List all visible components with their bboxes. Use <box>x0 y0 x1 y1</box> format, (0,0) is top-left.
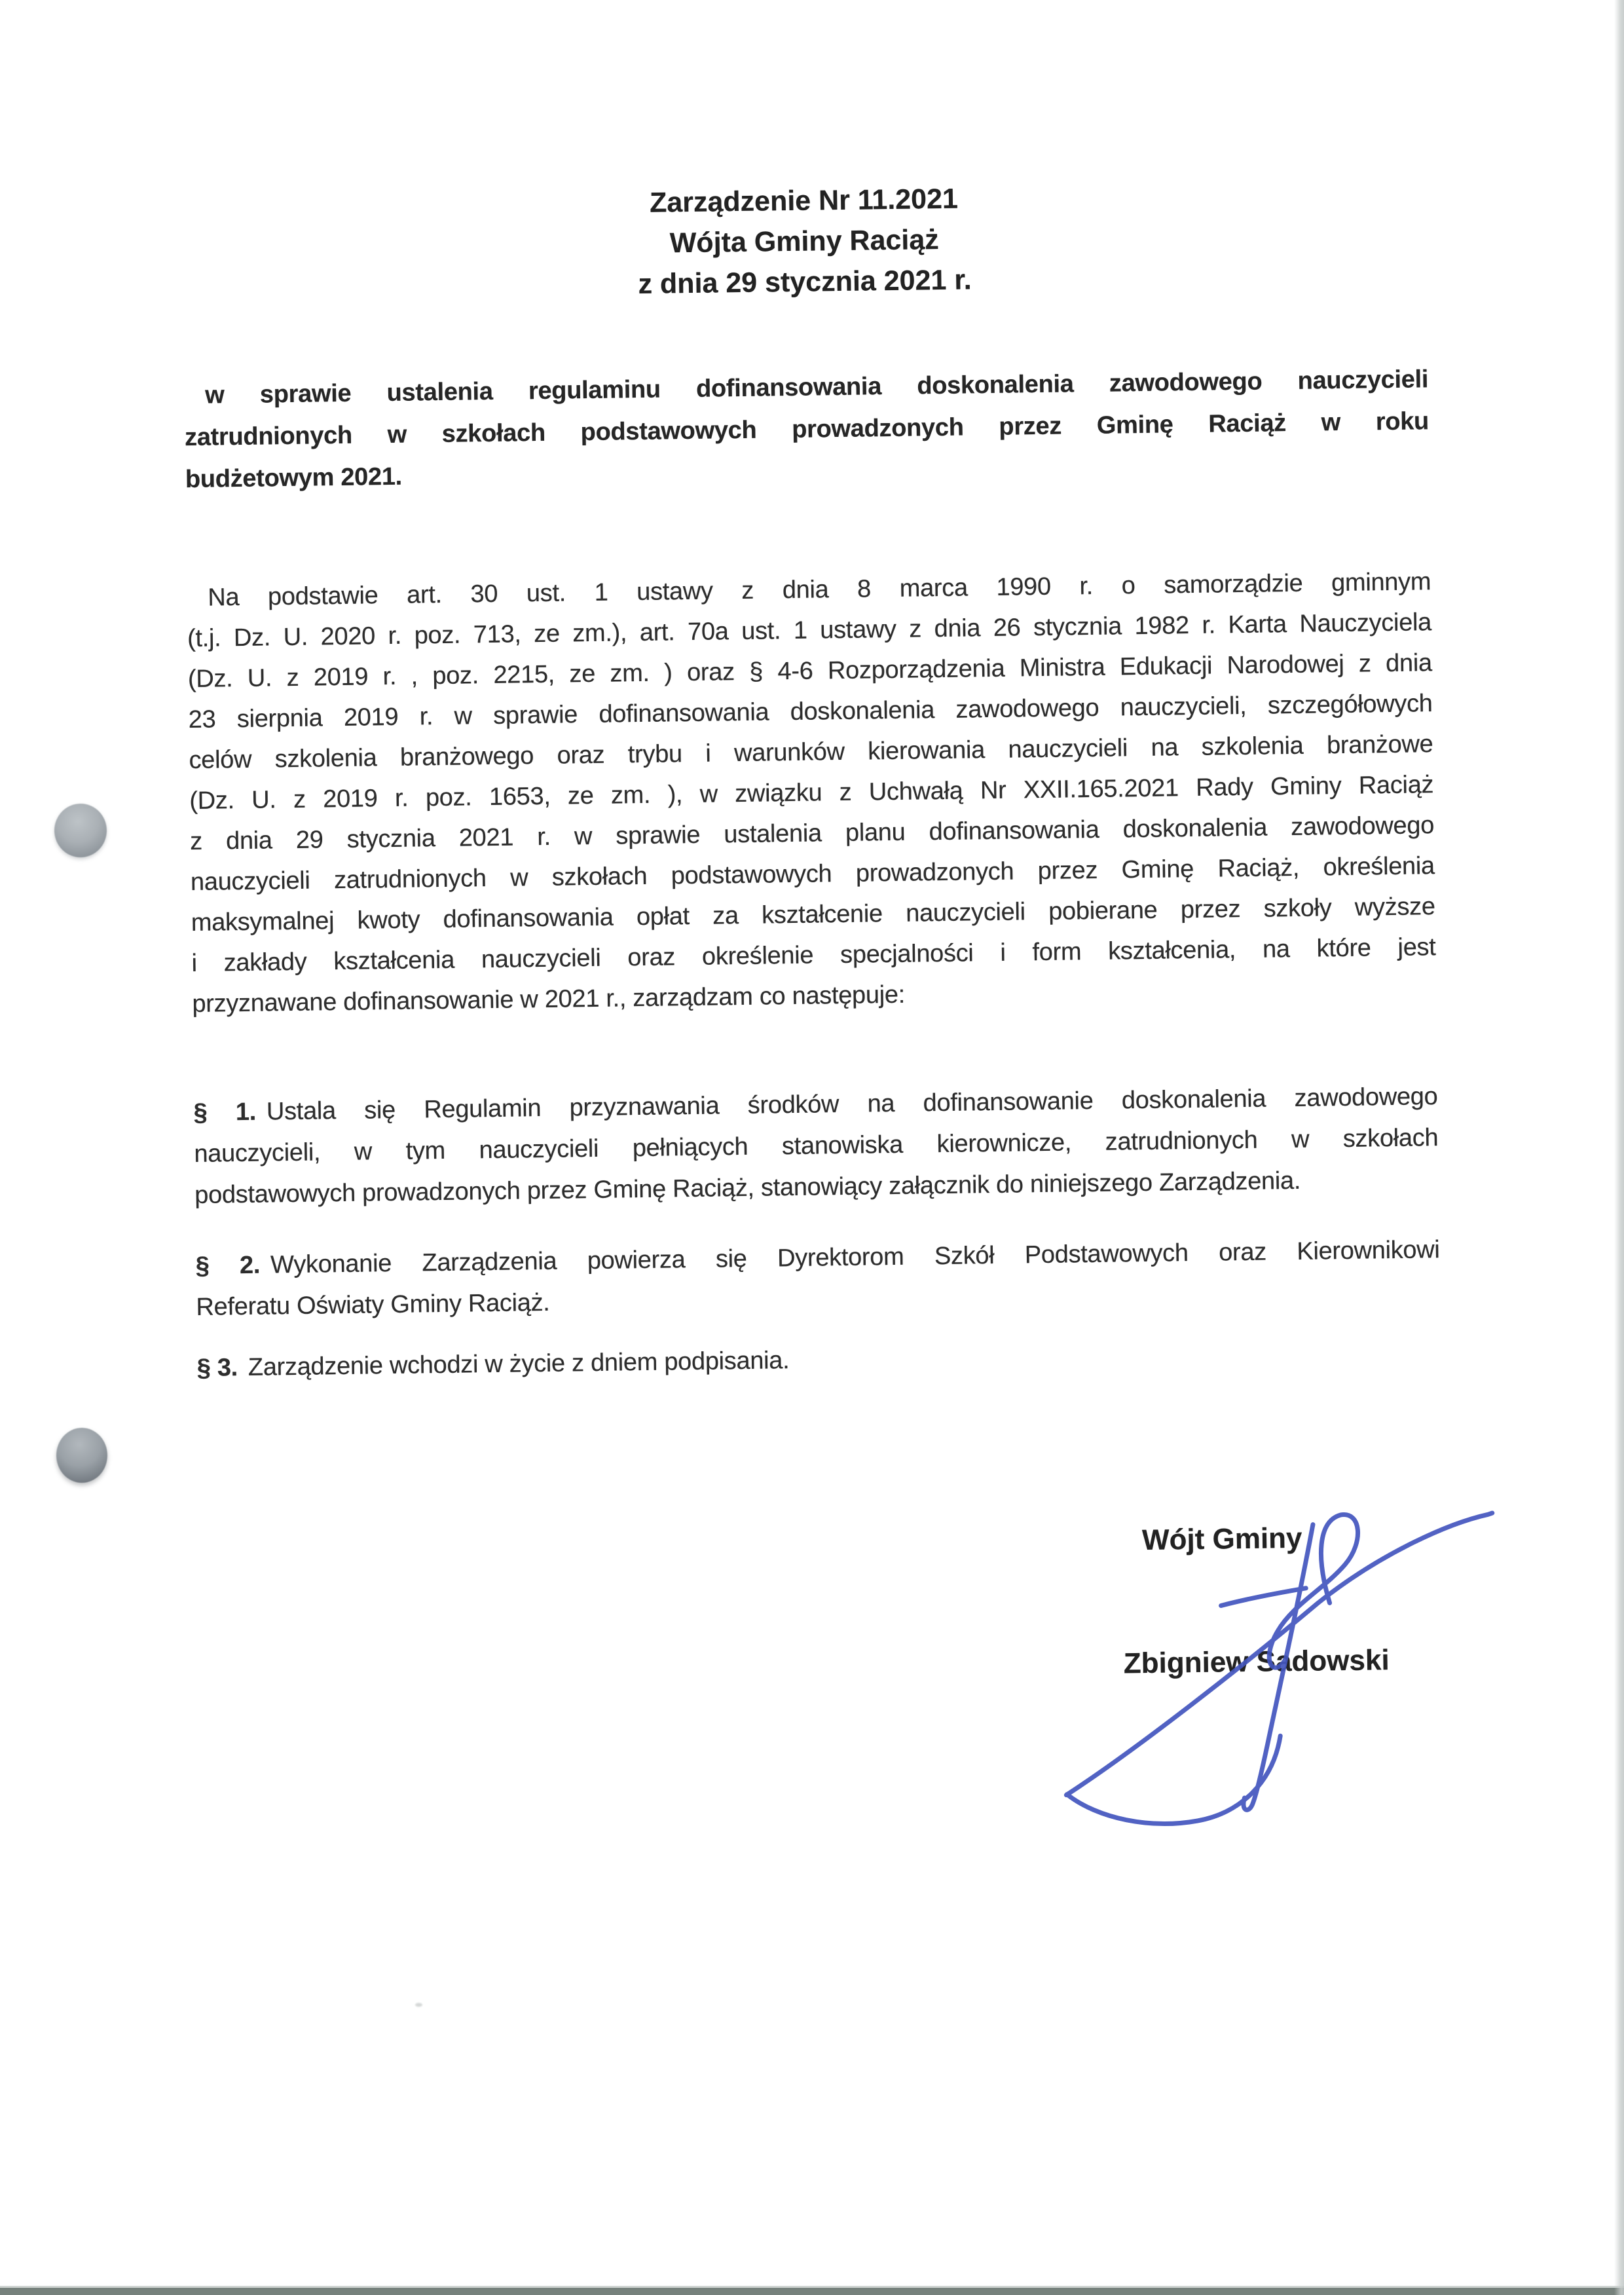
scan-edge-right <box>1614 0 1624 2295</box>
section-paragraph-3: § 3.Zarządzenie wchodzi w życie z dniem … <box>196 1332 1441 1389</box>
scan-speck <box>415 2003 422 2007</box>
hole-punch-bottom <box>56 1428 107 1483</box>
section-paragraph-2: § 2.Wykonanie Zarządzenia powierza się D… <box>195 1229 1440 1328</box>
section-number: § 1. <box>193 1098 256 1127</box>
section-number: § 3. <box>196 1354 238 1382</box>
handwritten-signature-icon <box>1015 1482 1530 1856</box>
section-number: § 2. <box>195 1252 260 1280</box>
scan-edge-bottom <box>0 2288 1624 2295</box>
scanned-document-page: Zarządzenie Nr 11.2021 Wójta Gminy Racią… <box>0 0 1624 2295</box>
subject-paragraph: w sprawie ustalenia regulaminu dofinanso… <box>184 358 1430 500</box>
section-text: Wykonanie Zarządzenia powierza się Dyrek… <box>270 1236 1440 1278</box>
section-paragraph-1: § 1.Ustala się Regulamin przyznawania śr… <box>193 1076 1439 1216</box>
signature-stroke <box>1063 1513 1496 1795</box>
document-content: Zarządzenie Nr 11.2021 Wójta Gminy Racią… <box>0 0 1624 2295</box>
section-text: Zarządzenie wchodzi w życie z dniem podp… <box>248 1347 790 1381</box>
hole-punch-top <box>54 804 107 857</box>
signature-stroke <box>1221 1588 1306 1606</box>
legal-basis-paragraph: Na podstawie art. 30 ust. 1 ustawy z dni… <box>187 561 1437 1024</box>
section-line: § 3.Zarządzenie wchodzi w życie z dniem … <box>196 1332 1441 1389</box>
document-title: Zarządzenie Nr 11.2021 Wójta Gminy Racią… <box>181 172 1427 310</box>
